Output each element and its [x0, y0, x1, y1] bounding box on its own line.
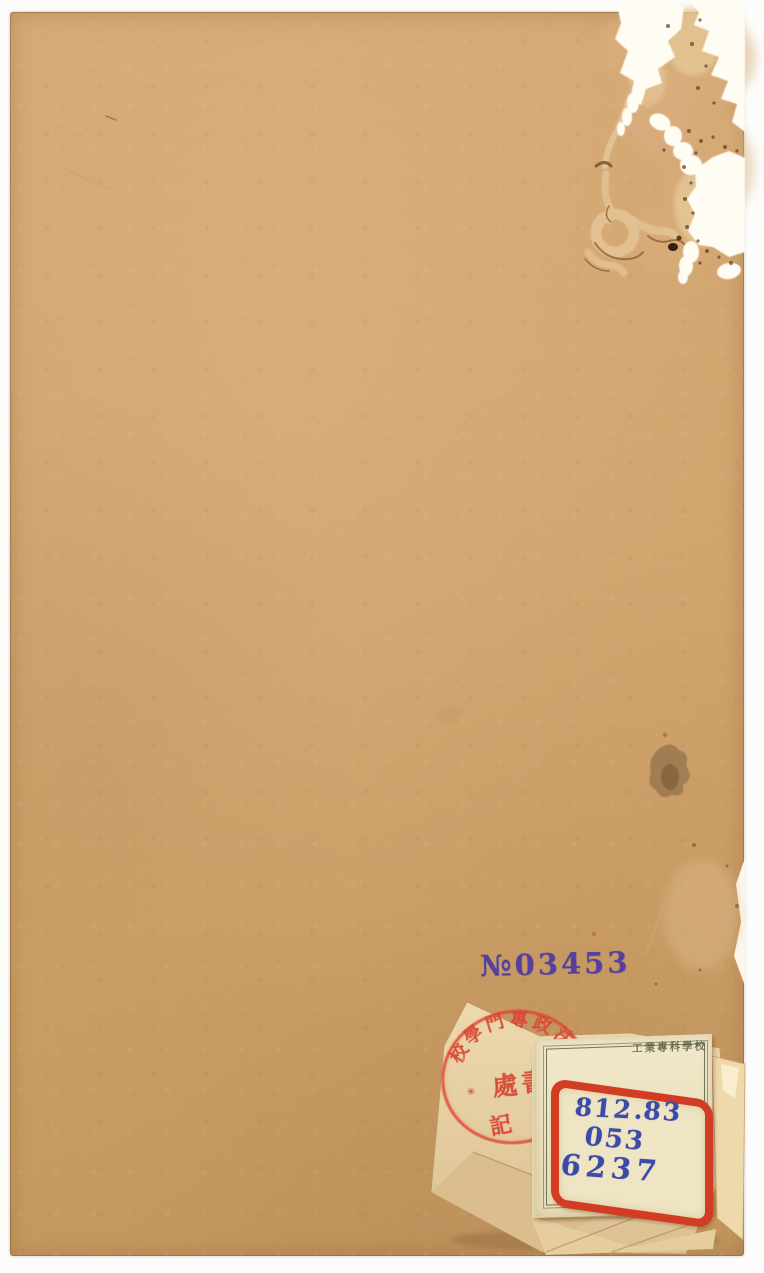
stamp-flourish-icon: ✳ — [467, 1088, 475, 1098]
stamp-bottom-character: 記 — [488, 1114, 514, 1139]
call-number-label: 812.83 053 6237 — [551, 1078, 713, 1229]
stamp-middle-character: 處 — [491, 1072, 518, 1099]
stamp-arc-character: 專 — [510, 1012, 529, 1031]
scan-background: №03453 校 學 門 專 政 法 處 書 記 ✳ 工業專科學校 812.83… — [0, 0, 764, 1273]
accession-number-stamp: №03453 — [480, 948, 631, 981]
